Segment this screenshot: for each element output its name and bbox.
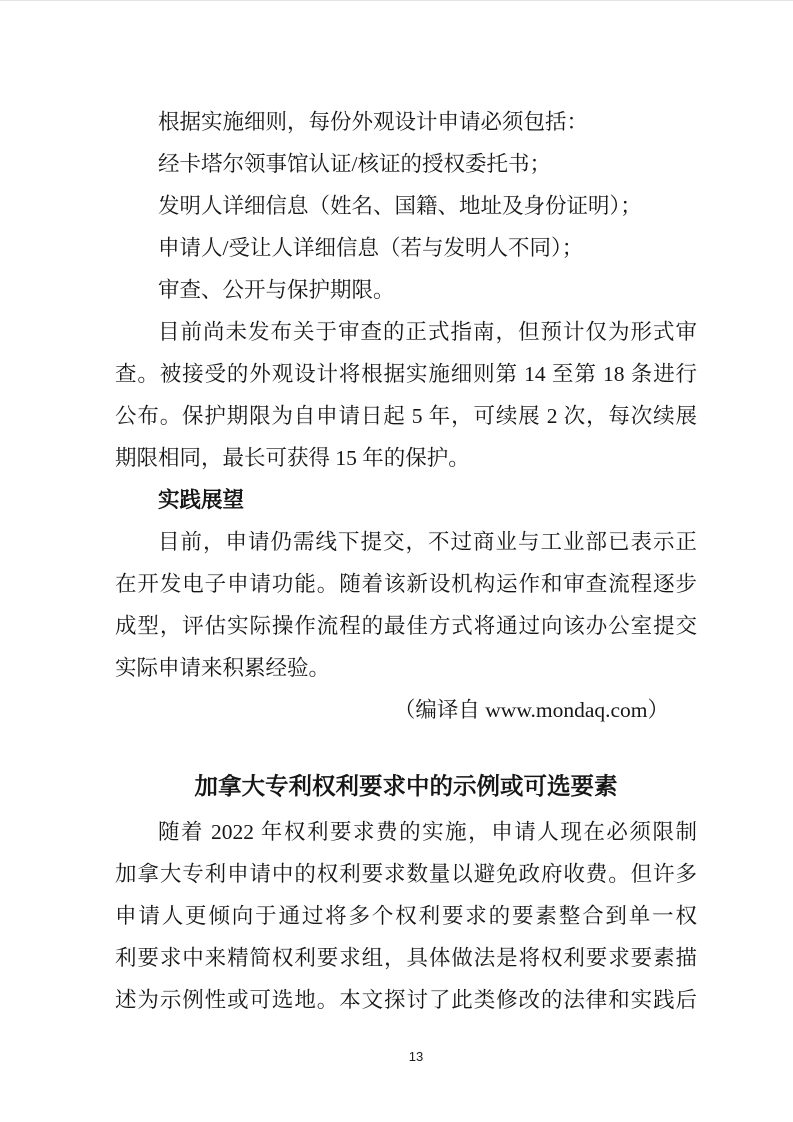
paragraph-line: 加拿大专利申请中的权利要求数量以避免政府收费。但许多 [115,853,697,895]
document-body: 根据实施细则，每份外观设计申请必须包括：经卡塔尔领事馆认证/核证的授权委托书；发… [115,101,697,1021]
text-line: 经卡塔尔领事馆认证/核证的授权委托书； [115,143,697,185]
text-line: 申请人/受让人详细信息（若与发明人不同）； [115,227,697,269]
paragraph-line: 期限相同，最长可获得 15 年的保护。 [115,437,697,479]
paragraph: 目前，申请仍需线下提交，不过商业与工业部已表示正在开发电子申请功能。随着该新设机… [115,521,697,689]
paragraph-line: 实际申请来积累经验。 [115,647,697,689]
section-subheading: 实践展望 [115,479,697,521]
paragraph-line: 随着 2022 年权利要求费的实施，申请人现在必须限制 [115,811,697,853]
paragraph-line: 成型，评估实际操作流程的最佳方式将通过向该办公室提交 [115,605,697,647]
paragraph-line: 目前尚未发布关于审查的正式指南，但预计仅为形式审 [115,311,697,353]
paragraph-line: 目前，申请仍需线下提交，不过商业与工业部已表示正 [115,521,697,563]
paragraph-line: 申请人更倾向于通过将多个权利要求的要素整合到单一权 [115,895,697,937]
text-line: 审查、公开与保护期限。 [115,269,697,311]
paragraph-line: 在开发电子申请功能。随着该新设机构运作和审查流程逐步 [115,563,697,605]
page-number: 13 [386,1047,446,1067]
article-title: 加拿大专利权利要求中的示例或可选要素 [115,761,697,811]
paragraph-line: 公布。保护期限为自申请日起 5 年，可续展 2 次，每次续展 [115,395,697,437]
attribution-line: （编译自 www.mondaq.com） [115,689,697,731]
text-line: 根据实施细则，每份外观设计申请必须包括： [115,101,697,143]
document-page: 根据实施细则，每份外观设计申请必须包括：经卡塔尔领事馆认证/核证的授权委托书；发… [0,0,793,1122]
paragraph: 随着 2022 年权利要求费的实施，申请人现在必须限制加拿大专利申请中的权利要求… [115,811,697,1021]
paragraph-line: 查。被接受的外观设计将根据实施细则第 14 至第 18 条进行 [115,353,697,395]
paragraph-line: 述为示例性或可选地。本文探讨了此类修改的法律和实践后 [115,979,697,1021]
text-line: 发明人详细信息（姓名、国籍、地址及身份证明）； [115,185,697,227]
paragraph: 目前尚未发布关于审查的正式指南，但预计仅为形式审查。被接受的外观设计将根据实施细… [115,311,697,479]
paragraph-line: 利要求中来精简权利要求组，具体做法是将权利要求要素描 [115,937,697,979]
